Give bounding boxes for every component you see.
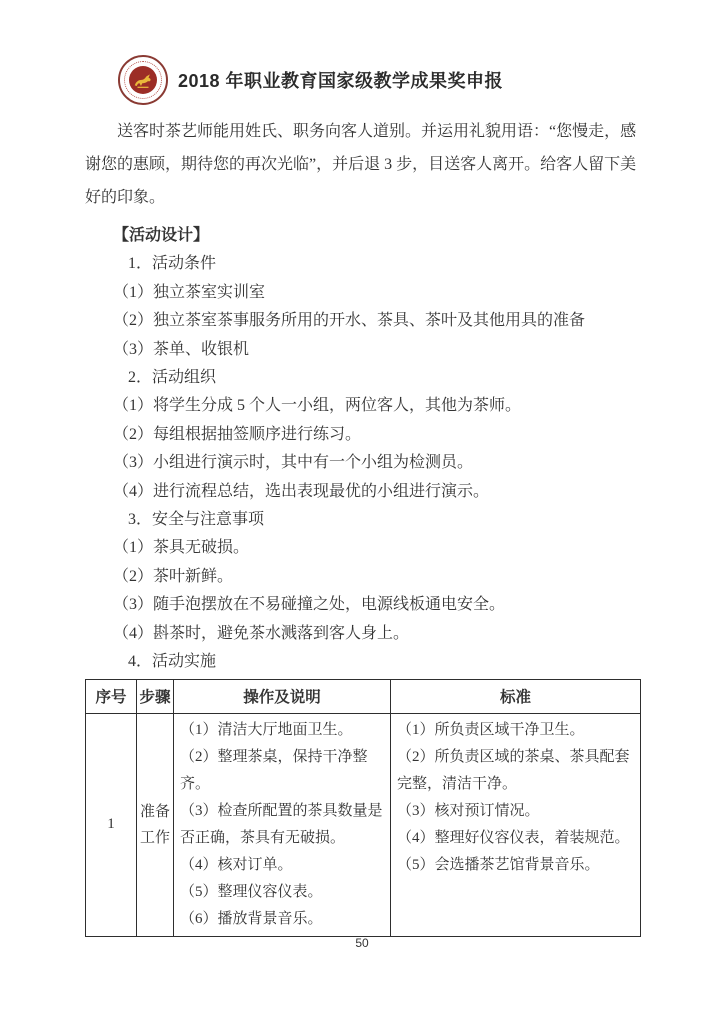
document-body: 送客时茶艺师能用姓氏、职务向客人道别。并运用礼貌用语：“您慢走，感 谢您的惠顾，… [85,115,640,937]
horse-icon [132,72,154,89]
paragraph-line: 谢您的惠顾，期待您的再次光临”，并后退 3 步，目送客人离开。给客人留下美 [85,148,640,181]
page-title: 2018 年职业教育国家级教学成果奖申报 [178,67,503,93]
list-item: （1）将学生分成 5 个人一小组，两位客人，其他为茶师。 [113,392,640,420]
table-header-row: 序号 步骤 操作及说明 标准 [86,679,641,713]
standard-item: （4）整理好仪容仪表，着装规范。 [397,825,634,852]
list-item: （3）随手泡摆放在不易碰撞之处，电源线板通电安全。 [113,591,640,619]
seal-center [129,66,157,94]
list-heading-implementation: 4．活动实施 [128,648,640,676]
cell-standards: （1）所负责区域干净卫生。 （2）所负责区域的茶桌、茶具配套完整，清洁干净。 （… [391,713,641,936]
list-heading-organization: 2．活动组织 [128,364,640,392]
standard-item: （1）所负责区域干净卫生。 [397,717,634,744]
cell-operations: （1）清洁大厅地面卫生。 （2）整理茶桌，保持干净整齐。 （3）检查所配置的茶具… [174,713,391,936]
standard-item: （3）核对预订情况。 [397,798,634,825]
list-item: （2）茶叶新鲜。 [113,563,640,591]
list-heading-conditions: 1．活动条件 [128,250,640,278]
list-item: （3）小组进行演示时，其中有一个小组为检测员。 [113,449,640,477]
list-item: （3）茶单、收银机 [113,336,640,364]
standard-item: （5）会选播茶艺馆背景音乐。 [397,852,634,879]
operation-item: （3）检查所配置的茶具数量是否正确，茶具有无破损。 [180,798,384,852]
table-row: 1 准备工作 （1）清洁大厅地面卫生。 （2）整理茶桌，保持干净整齐。 （3）检… [86,713,641,936]
page-number: 50 [0,936,724,950]
list-item: （2）每组根据抽签顺序进行练习。 [113,421,640,449]
list-item: （1）独立茶室实训室 [113,279,640,307]
operation-item: （1）清洁大厅地面卫生。 [180,717,384,744]
cell-seq: 1 [86,713,137,936]
operation-item: （6）播放背景音乐。 [180,906,384,933]
paragraph-line: 送客时茶艺师能用姓氏、职务向客人道别。并运用礼貌用语：“您慢走，感 [85,115,640,148]
list-item: （1）茶具无破损。 [113,534,640,562]
operation-item: （4）核对订单。 [180,852,384,879]
list-item: （2）独立茶室茶事服务所用的开水、茶具、茶叶及其他用具的准备 [113,307,640,335]
column-header-operations: 操作及说明 [174,679,391,713]
intro-paragraph: 送客时茶艺师能用姓氏、职务向客人道别。并运用礼貌用语：“您慢走，感 谢您的惠顾，… [85,115,640,214]
section-heading-activity-design: 【活动设计】 [113,222,640,250]
list-item: （4）斟茶时，避免茶水溅落到客人身上。 [113,620,640,648]
operation-item: （5）整理仪容仪表。 [180,879,384,906]
operation-item: （2）整理茶桌，保持干净整齐。 [180,744,384,798]
document-page: 2018 年职业教育国家级教学成果奖申报 送客时茶艺师能用姓氏、职务向客人道别。… [0,0,724,1024]
standard-item: （2）所负责区域的茶桌、茶具配套完整，清洁干净。 [397,744,634,798]
document-header: 2018 年职业教育国家级教学成果奖申报 [0,0,724,105]
cell-step: 准备工作 [137,713,174,936]
activity-implementation-table: 序号 步骤 操作及说明 标准 1 准备工作 （1）清洁大厅地面卫生。 （2）整理… [85,679,641,937]
column-header-step: 步骤 [137,679,174,713]
paragraph-line: 好的印象。 [85,181,640,214]
column-header-standard: 标准 [391,679,641,713]
column-header-seq: 序号 [86,679,137,713]
list-heading-safety: 3．安全与注意事项 [128,506,640,534]
list-item: （4）进行流程总结，选出表现最优的小组进行演示。 [113,478,640,506]
school-seal-logo [118,55,168,105]
